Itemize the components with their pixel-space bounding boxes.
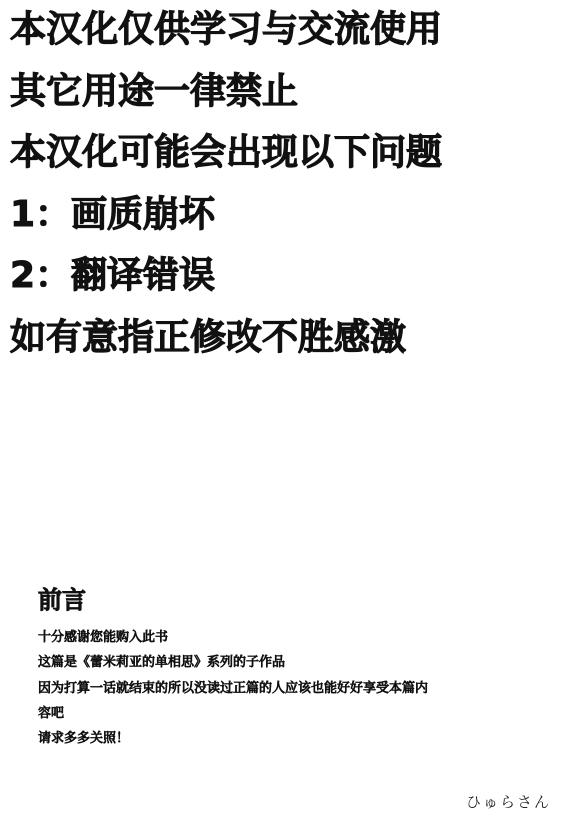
notice-line-feedback: 如有意指正修改不胜感激 xyxy=(10,318,406,358)
notice-line-problem-1: 1：画质崩坏 xyxy=(10,195,215,235)
preface-line: 因为打算一话就结束的所以没读过正篇的人应该也能好好享受本篇内 xyxy=(38,681,428,697)
notice-line-problems-heading: 本汉化可能会出现以下问题 xyxy=(10,133,442,173)
preface-line: 容吧 xyxy=(38,706,64,722)
notice-line-prohibition: 其它用途一律禁止 xyxy=(10,72,298,112)
notice-line-usage: 本汉化仅供学习与交流使用 xyxy=(10,10,442,50)
preface-line: 这篇是《蕾米莉亚的单相思》系列的子作品 xyxy=(38,655,285,671)
preface-title: 前言 xyxy=(38,585,86,615)
preface-line: 十分感谢您能购入此书 xyxy=(38,630,168,646)
preface-line: 请求多多关照！ xyxy=(38,731,129,747)
notice-line-problem-2: 2：翻译错误 xyxy=(10,256,215,296)
author-signature: ひゅらさん xyxy=(466,791,551,812)
